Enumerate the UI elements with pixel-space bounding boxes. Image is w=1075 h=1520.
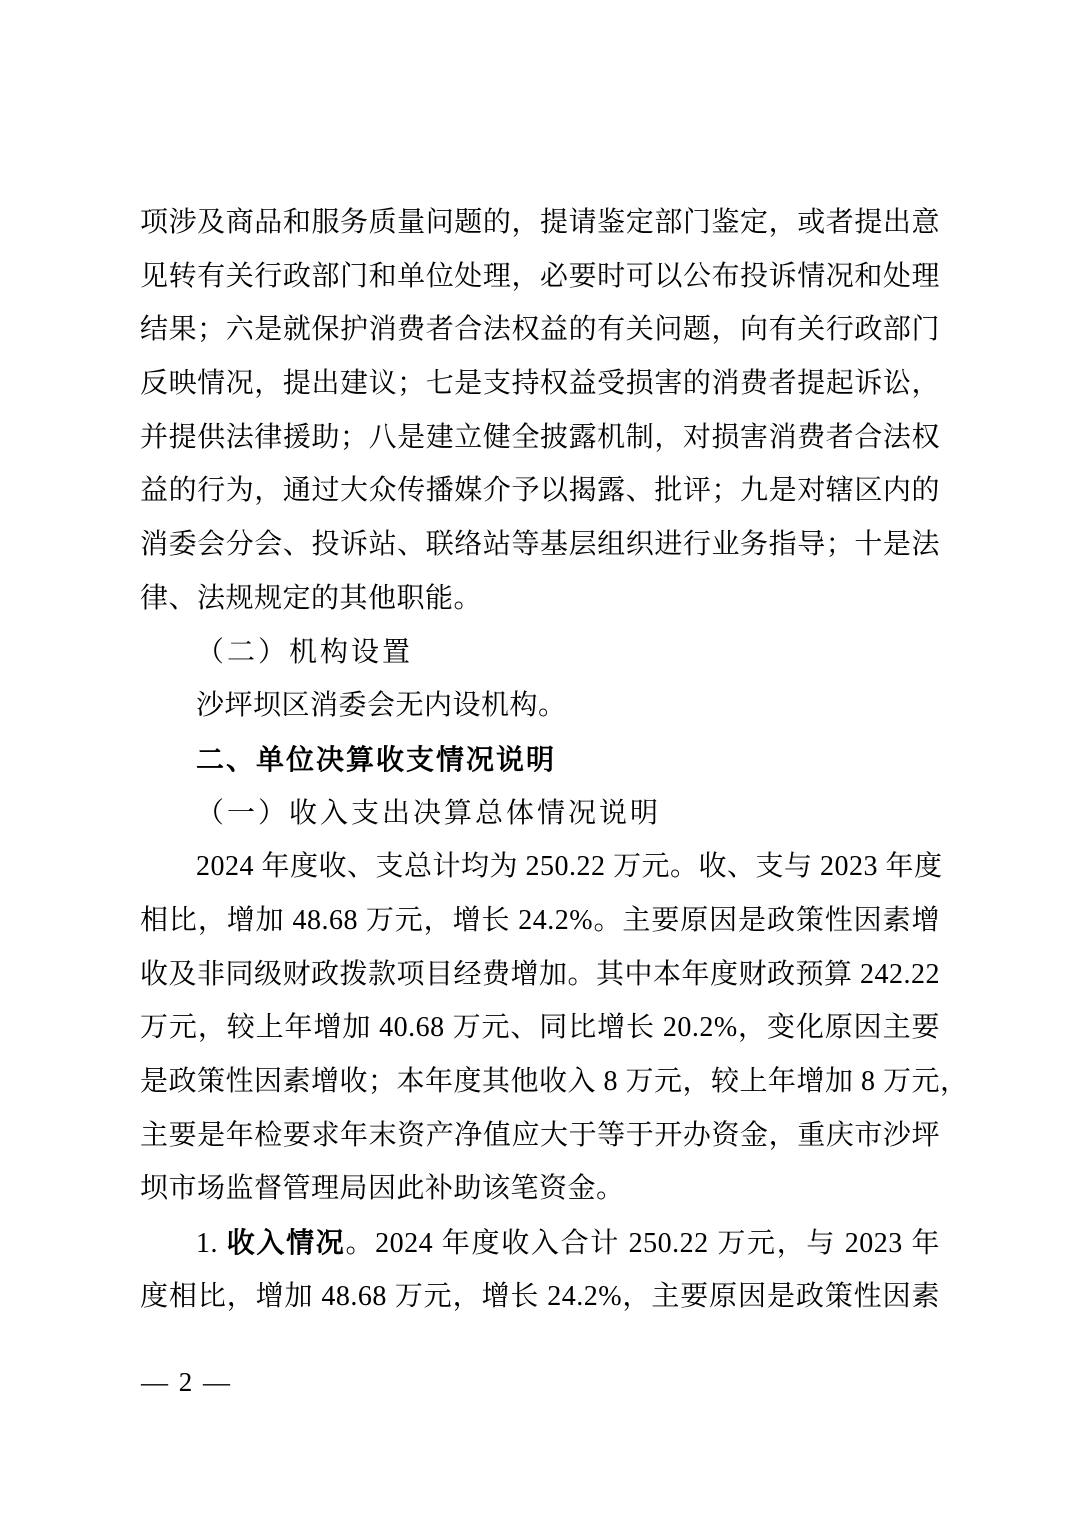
- body-text-line: 结果；六是就保护消费者合法权益的有关问题，向有关行政部门: [140, 303, 940, 357]
- section-heading-2: 二、单位决算收支情况说明: [140, 733, 940, 787]
- page-number: — 2 —: [141, 1362, 232, 1402]
- document-page: 项涉及商品和服务质量问题的，提请鉴定部门鉴定，或者提出意 见转有关行政部门和单位…: [0, 0, 1075, 1520]
- text-block: 项涉及商品和服务质量问题的，提请鉴定部门鉴定，或者提出意 见转有关行政部门和单位…: [140, 196, 940, 1323]
- body-text-line: 益的行为，通过大众传播媒介予以揭露、批评；九是对辖区内的: [140, 464, 940, 518]
- numbered-item-income: 1. 收入情况。2024 年度收入合计 250.22 万元，与 2023 年: [140, 1216, 940, 1270]
- body-text-line: 主要是年检要求年末资产净值应大于等于开办资金，重庆市沙坪: [140, 1109, 940, 1163]
- body-text-line: 沙坪坝区消委会无内设机构。: [140, 679, 940, 733]
- body-text-line: 2024 年度收、支总计均为 250.22 万元。收、支与 2023 年度: [140, 840, 940, 894]
- body-text-line: 收及非同级财政拨款项目经费增加。其中本年度财政预算 242.22: [140, 948, 940, 1002]
- numbered-item-prefix: 1.: [196, 1228, 227, 1259]
- body-text-line: 坝市场监督管理局因此补助该笔资金。: [140, 1162, 940, 1216]
- body-text-line: 见转有关行政部门和单位处理，必要时可以公布投诉情况和处理: [140, 250, 940, 304]
- body-text-line: 并提供法律援助；八是建立健全披露机制，对损害消费者合法权: [140, 411, 940, 465]
- subsection-heading-org-setup: （二）机构设置: [140, 626, 940, 680]
- numbered-item-rest: 。2024 年度收入合计 250.22 万元，与 2023 年: [345, 1228, 940, 1259]
- body-text-line: 相比，增加 48.68 万元，增长 24.2%。主要原因是政策性因素增: [140, 894, 940, 948]
- body-text-line: 律、法规规定的其他职能。: [140, 572, 940, 626]
- numbered-item-bold-title: 收入情况: [227, 1227, 346, 1258]
- body-text-line: 是政策性因素增收；本年度其他收入 8 万元，较上年增加 8 万元，: [140, 1055, 940, 1109]
- body-text-line: 消委会分会、投诉站、联络站等基层组织进行业务指导；十是法: [140, 518, 940, 572]
- subsection-heading-overall: （一）收入支出决算总体情况说明: [140, 787, 940, 841]
- body-text-line: 项涉及商品和服务质量问题的，提请鉴定部门鉴定，或者提出意: [140, 196, 940, 250]
- body-text-line: 反映情况，提出建议；七是支持权益受损害的消费者提起诉讼，: [140, 357, 940, 411]
- body-text-line: 万元，较上年增加 40.68 万元、同比增长 20.2%，变化原因主要: [140, 1001, 940, 1055]
- body-text-line: 度相比，增加 48.68 万元，增长 24.2%，主要原因是政策性因素: [140, 1270, 940, 1324]
